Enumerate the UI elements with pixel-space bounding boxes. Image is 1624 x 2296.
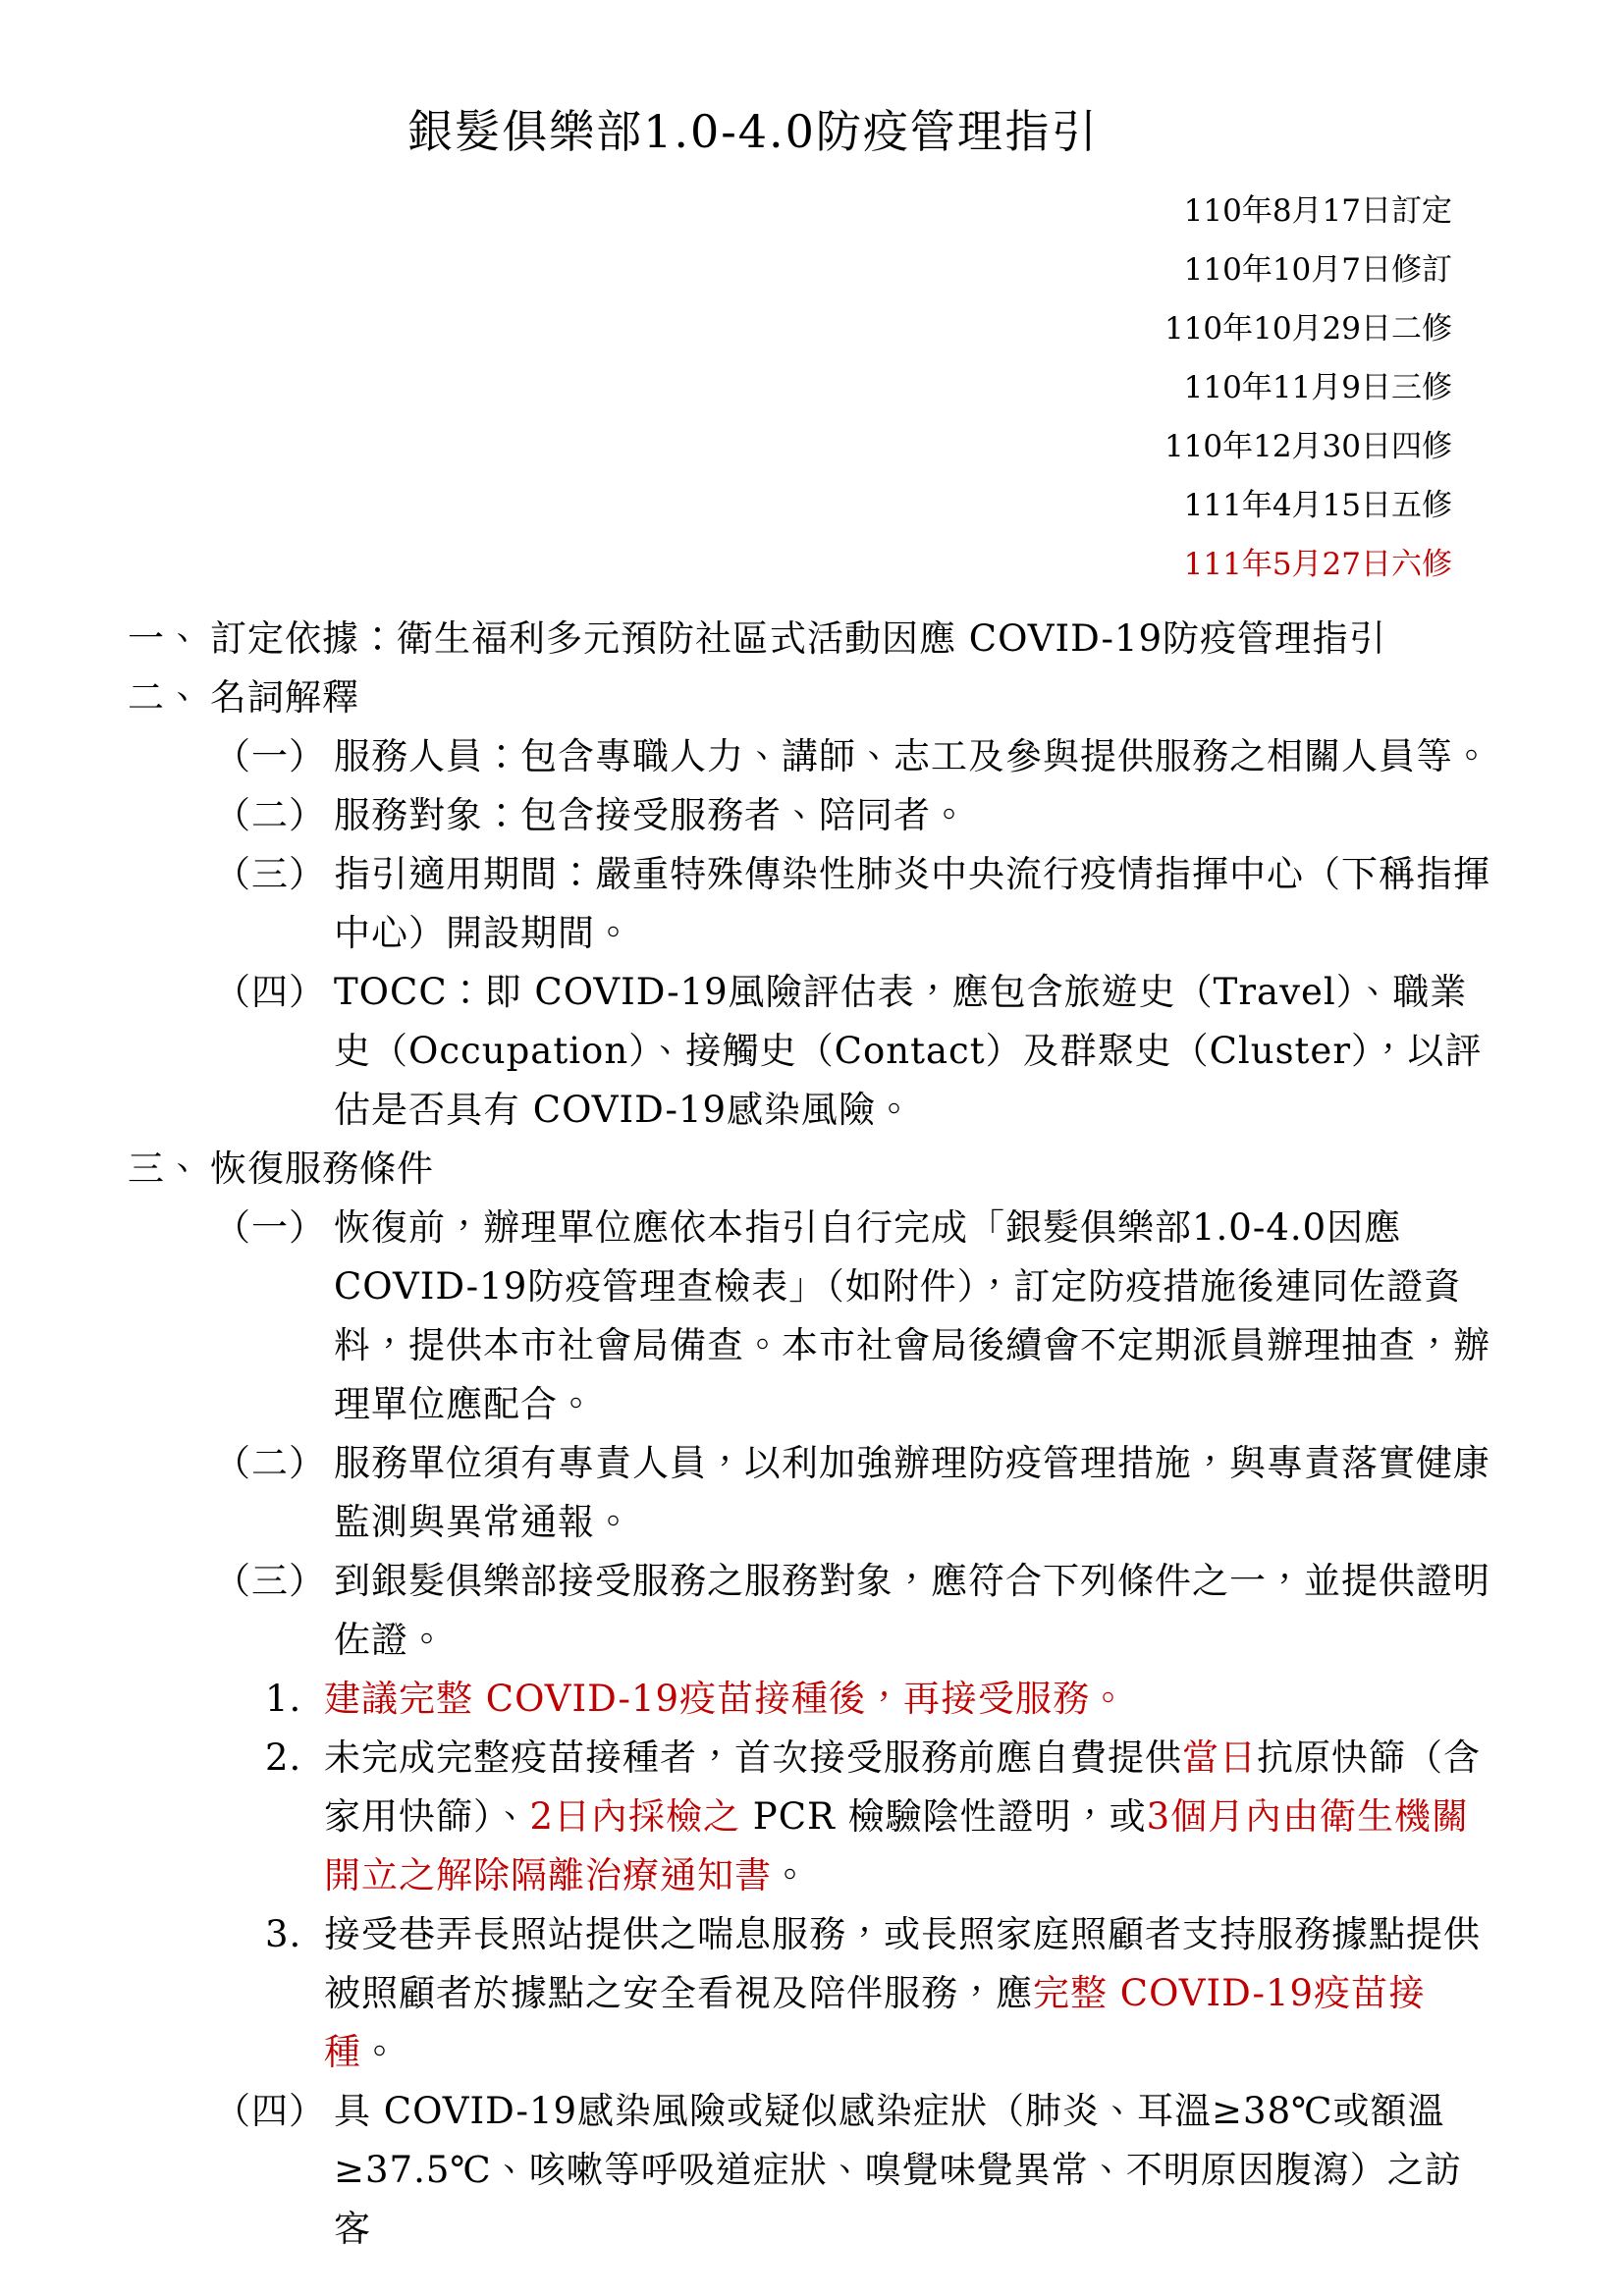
list-item: （二）服務單位須有專責人員，以利加強辦理防疫管理措施，與專責落實健康監測與異常通… <box>214 1434 1496 1552</box>
section-heading: 一、訂定依據：衛生福利多元預防社區式活動因應 COVID-19防疫管理指引 <box>128 610 1496 668</box>
revision-date: 110年10月29日二修 <box>128 299 1452 358</box>
item-number: 2. <box>265 1729 324 1788</box>
item-text: 服務對象：包含接受服務者、陪同者。 <box>334 794 968 836</box>
list-item: （四）具 COVID-19感染風險或疑似感染症狀（肺炎、耳溫≥38℃或額溫≥37… <box>214 2082 1496 2259</box>
item-label: （一） <box>214 1199 334 1257</box>
item-text: 具 COVID-19感染風險或疑似感染症狀（肺炎、耳溫≥38℃或額溫≥37.5℃… <box>334 2090 1462 2250</box>
item-text: 指引適用期間：嚴重特殊傳染性肺炎中央流行疫情指揮中心（下稱指揮中心）開設期間。 <box>334 853 1490 954</box>
item-label: （二） <box>214 1434 334 1493</box>
item-label: （四） <box>214 963 334 1022</box>
list-item: （一）服務人員：包含專職人力、講師、志工及參與提供服務之相關人員等。 <box>214 727 1496 786</box>
item-label: （一） <box>214 727 334 786</box>
item-text: 未完成完整疫苗接種者，首次接受服務前應自費提供 <box>324 1736 1182 1779</box>
revision-date: 110年11月9日三修 <box>128 358 1452 417</box>
item-text: 恢復服務條件 <box>210 1148 434 1190</box>
item-text: 到銀髮俱樂部接受服務之服務對象，應符合下列條件之一，並提供證明佐證。 <box>334 1560 1490 1661</box>
item-number: 3. <box>265 1905 324 1964</box>
item-text-highlight: 建議完整 COVID-19疫苗接種後，再接受服務。 <box>324 1678 1127 1720</box>
document-page: 銀髮俱樂部1.0-4.0防疫管理指引 110年8月17日訂定 110年10月7日… <box>0 0 1624 2296</box>
item-text: 。 <box>772 1854 809 1896</box>
item-text: TOCC：即 COVID-19風險評估表，應包含旅遊史（Travel）、職業史（… <box>334 971 1483 1131</box>
section-heading: 二、名詞解釋 <box>128 668 1496 727</box>
revision-date-latest: 111年5月27日六修 <box>128 535 1452 594</box>
item-text: 服務人員：包含專職人力、講師、志工及參與提供服務之相關人員等。 <box>334 735 1490 777</box>
item-label: 一、 <box>128 610 210 668</box>
list-item: （一）恢復前，辦理單位應依本指引自行完成「銀髮俱樂部1.0-4.0因應 COVI… <box>214 1199 1496 1434</box>
revision-date: 110年12月30日四修 <box>128 417 1452 476</box>
item-text-highlight: 2日內採檢之 <box>530 1795 741 1838</box>
item-label: （三） <box>214 845 334 904</box>
item-label: （二） <box>214 786 334 845</box>
revision-date: 110年8月17日訂定 <box>128 182 1452 240</box>
item-label: 二、 <box>128 668 210 727</box>
item-label: （四） <box>214 2082 334 2141</box>
item-label: 三、 <box>128 1140 210 1199</box>
list-item: （二）服務對象：包含接受服務者、陪同者。 <box>214 786 1496 845</box>
item-label: （三） <box>214 1552 334 1611</box>
section-heading: 三、恢復服務條件 <box>128 1140 1496 1199</box>
numbered-item: 2.未完成完整疫苗接種者，首次接受服務前應自費提供當日抗原快篩（含家用快篩）、2… <box>265 1729 1496 1905</box>
revision-date-list: 110年8月17日訂定 110年10月7日修訂 110年10月29日二修 110… <box>128 182 1496 594</box>
list-item: （三）到銀髮俱樂部接受服務之服務對象，應符合下列條件之一，並提供證明佐證。 <box>214 1552 1496 1670</box>
item-text: PCR 檢驗陰性證明，或 <box>740 1795 1147 1838</box>
item-number: 1. <box>265 1670 324 1729</box>
numbered-item: 1.建議完整 COVID-19疫苗接種後，再接受服務。 <box>265 1670 1496 1729</box>
item-text-highlight: 當日 <box>1182 1736 1257 1779</box>
item-text: 服務單位須有專責人員，以利加強辦理防疫管理措施，與專責落實健康監測與異常通報。 <box>334 1442 1490 1543</box>
item-text: 名詞解釋 <box>210 676 359 719</box>
item-text: 。 <box>361 2031 399 2073</box>
document-body: 一、訂定依據：衛生福利多元預防社區式活動因應 COVID-19防疫管理指引 二、… <box>128 610 1496 2259</box>
numbered-item: 3.接受巷弄長照站提供之喘息服務，或長照家庭照顧者支持服務據點提供被照顧者於據點… <box>265 1905 1496 2082</box>
list-item: （四）TOCC：即 COVID-19風險評估表，應包含旅遊史（Travel）、職… <box>214 963 1496 1140</box>
page-title: 銀髮俱樂部1.0-4.0防疫管理指引 <box>69 103 1437 160</box>
revision-date: 111年4月15日五修 <box>128 476 1452 535</box>
item-text: 訂定依據：衛生福利多元預防社區式活動因應 COVID-19防疫管理指引 <box>210 617 1386 660</box>
list-item: （三）指引適用期間：嚴重特殊傳染性肺炎中央流行疫情指揮中心（下稱指揮中心）開設期… <box>214 845 1496 963</box>
revision-date: 110年10月7日修訂 <box>128 240 1452 299</box>
item-text: 恢復前，辦理單位應依本指引自行完成「銀髮俱樂部1.0-4.0因應 COVID-1… <box>334 1206 1490 1425</box>
